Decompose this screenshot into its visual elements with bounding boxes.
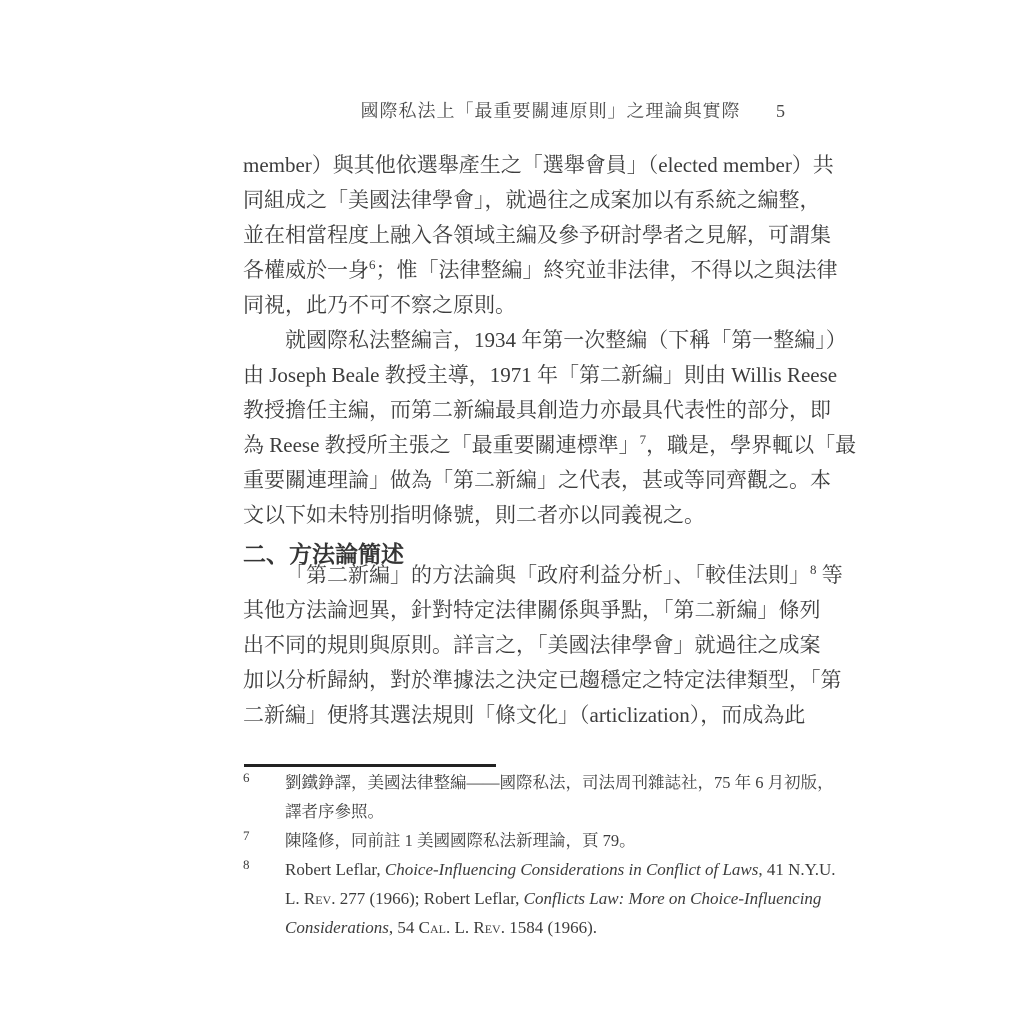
footnote-marker: 8 xyxy=(243,850,285,937)
text-line: 出不同的規則與原則。詳言之，「美國法律學會」就過往之成案 xyxy=(243,628,795,663)
text-line: 其他方法論迥異，針對特定法律關係與爭點，「第二新編」條列 xyxy=(243,593,795,628)
text-line: 陳隆修，同前註 1 美國國際私法新理論，頁 79。 xyxy=(285,826,803,855)
text-line: 同組成之「美國法律學會」，就過往之成案加以有系統之編整， xyxy=(243,183,795,218)
footnote-text: 陳隆修，同前註 1 美國國際私法新理論，頁 79。 xyxy=(285,826,803,855)
page-number: 5 xyxy=(776,101,785,122)
footnote-8: 8 Robert Leflar, Choice-Influencing Cons… xyxy=(243,855,803,942)
text-line: 文以下如未特別指明條號，則二者亦以同義視之。 xyxy=(243,498,795,533)
footnotes-section: 6 劉鐵錚譯，美國法律整編——國際私法，司法周刊雜誌社，75 年 6 月初版，譯… xyxy=(243,768,803,942)
paragraph-1: member）與其他依選舉產生之「選舉會員」（elected member）共同… xyxy=(243,148,795,323)
running-header: 國際私法上「最重要關連原則」之理論與實際 5 xyxy=(243,97,785,123)
text-line: Robert Leflar, Choice-Influencing Consid… xyxy=(285,855,836,884)
footnote-6: 6 劉鐵錚譯，美國法律整編——國際私法，司法周刊雜誌社，75 年 6 月初版，譯… xyxy=(243,768,803,826)
text-line: 各權威於一身6；惟「法律整編」終究並非法律，不得以之與法律 xyxy=(243,253,795,288)
paragraph-2: 就國際私法整編言，1934 年第一次整編（下稱「第一整編」）由 Joseph B… xyxy=(243,323,795,533)
footnote-marker: 7 xyxy=(243,821,285,850)
running-header-title: 國際私法上「最重要關連原則」之理論與實際 xyxy=(361,101,741,121)
paragraph-3: 「第二新編」的方法論與「政府利益分析」、「較佳法則」8 等其他方法論迥異，針對特… xyxy=(243,558,795,733)
text-line: Considerations, 54 Cal. L. Rev. 1584 (19… xyxy=(285,913,836,942)
text-line: 譯者序參照。 xyxy=(285,797,834,826)
text-line: 教授擔任主編，而第二新編最具創造力亦最具代表性的部分，即 xyxy=(243,393,795,428)
text-line: 「第二新編」的方法論與「政府利益分析」、「較佳法則」8 等 xyxy=(243,558,795,593)
text-line: 並在相當程度上融入各領域主編及參予研討學者之見解，可謂集 xyxy=(243,218,795,253)
text-line: 重要關連理論」做為「第二新編」之代表，甚或等同齊觀之。本 xyxy=(243,463,795,498)
text-line: 劉鐵錚譯，美國法律整編——國際私法，司法周刊雜誌社，75 年 6 月初版， xyxy=(285,768,834,797)
footnote-marker: 6 xyxy=(243,763,285,821)
text-line: 加以分析歸納，對於準據法之決定已趨穩定之特定法律類型，「第 xyxy=(243,663,795,698)
text-line: L. Rev. 277 (1966); Robert Leflar, Confl… xyxy=(285,884,836,913)
footnote-text: 劉鐵錚譯，美國法律整編——國際私法，司法周刊雜誌社，75 年 6 月初版，譯者序… xyxy=(285,768,834,826)
book-page: 國際私法上「最重要關連原則」之理論與實際 5 member）與其他依選舉產生之「… xyxy=(0,0,1024,1024)
text-line: 同視，此乃不可不察之原則。 xyxy=(243,288,795,323)
text-line: 就國際私法整編言，1934 年第一次整編（下稱「第一整編」） xyxy=(243,323,795,358)
text-line: 為 Reese 教授所主張之「最重要關連標準」7，職是，學界輒以「最 xyxy=(243,428,795,463)
text-line: 由 Joseph Beale 教授主導，1971 年「第二新編」則由 Willi… xyxy=(243,358,795,393)
footnote-7: 7 陳隆修，同前註 1 美國國際私法新理論，頁 79。 xyxy=(243,826,803,855)
footnote-text: Robert Leflar, Choice-Influencing Consid… xyxy=(285,855,836,942)
text-line: 二新編」便將其選法規則「條文化」（articlization），而成為此 xyxy=(243,698,795,733)
text-line: member）與其他依選舉產生之「選舉會員」（elected member）共 xyxy=(243,148,795,183)
